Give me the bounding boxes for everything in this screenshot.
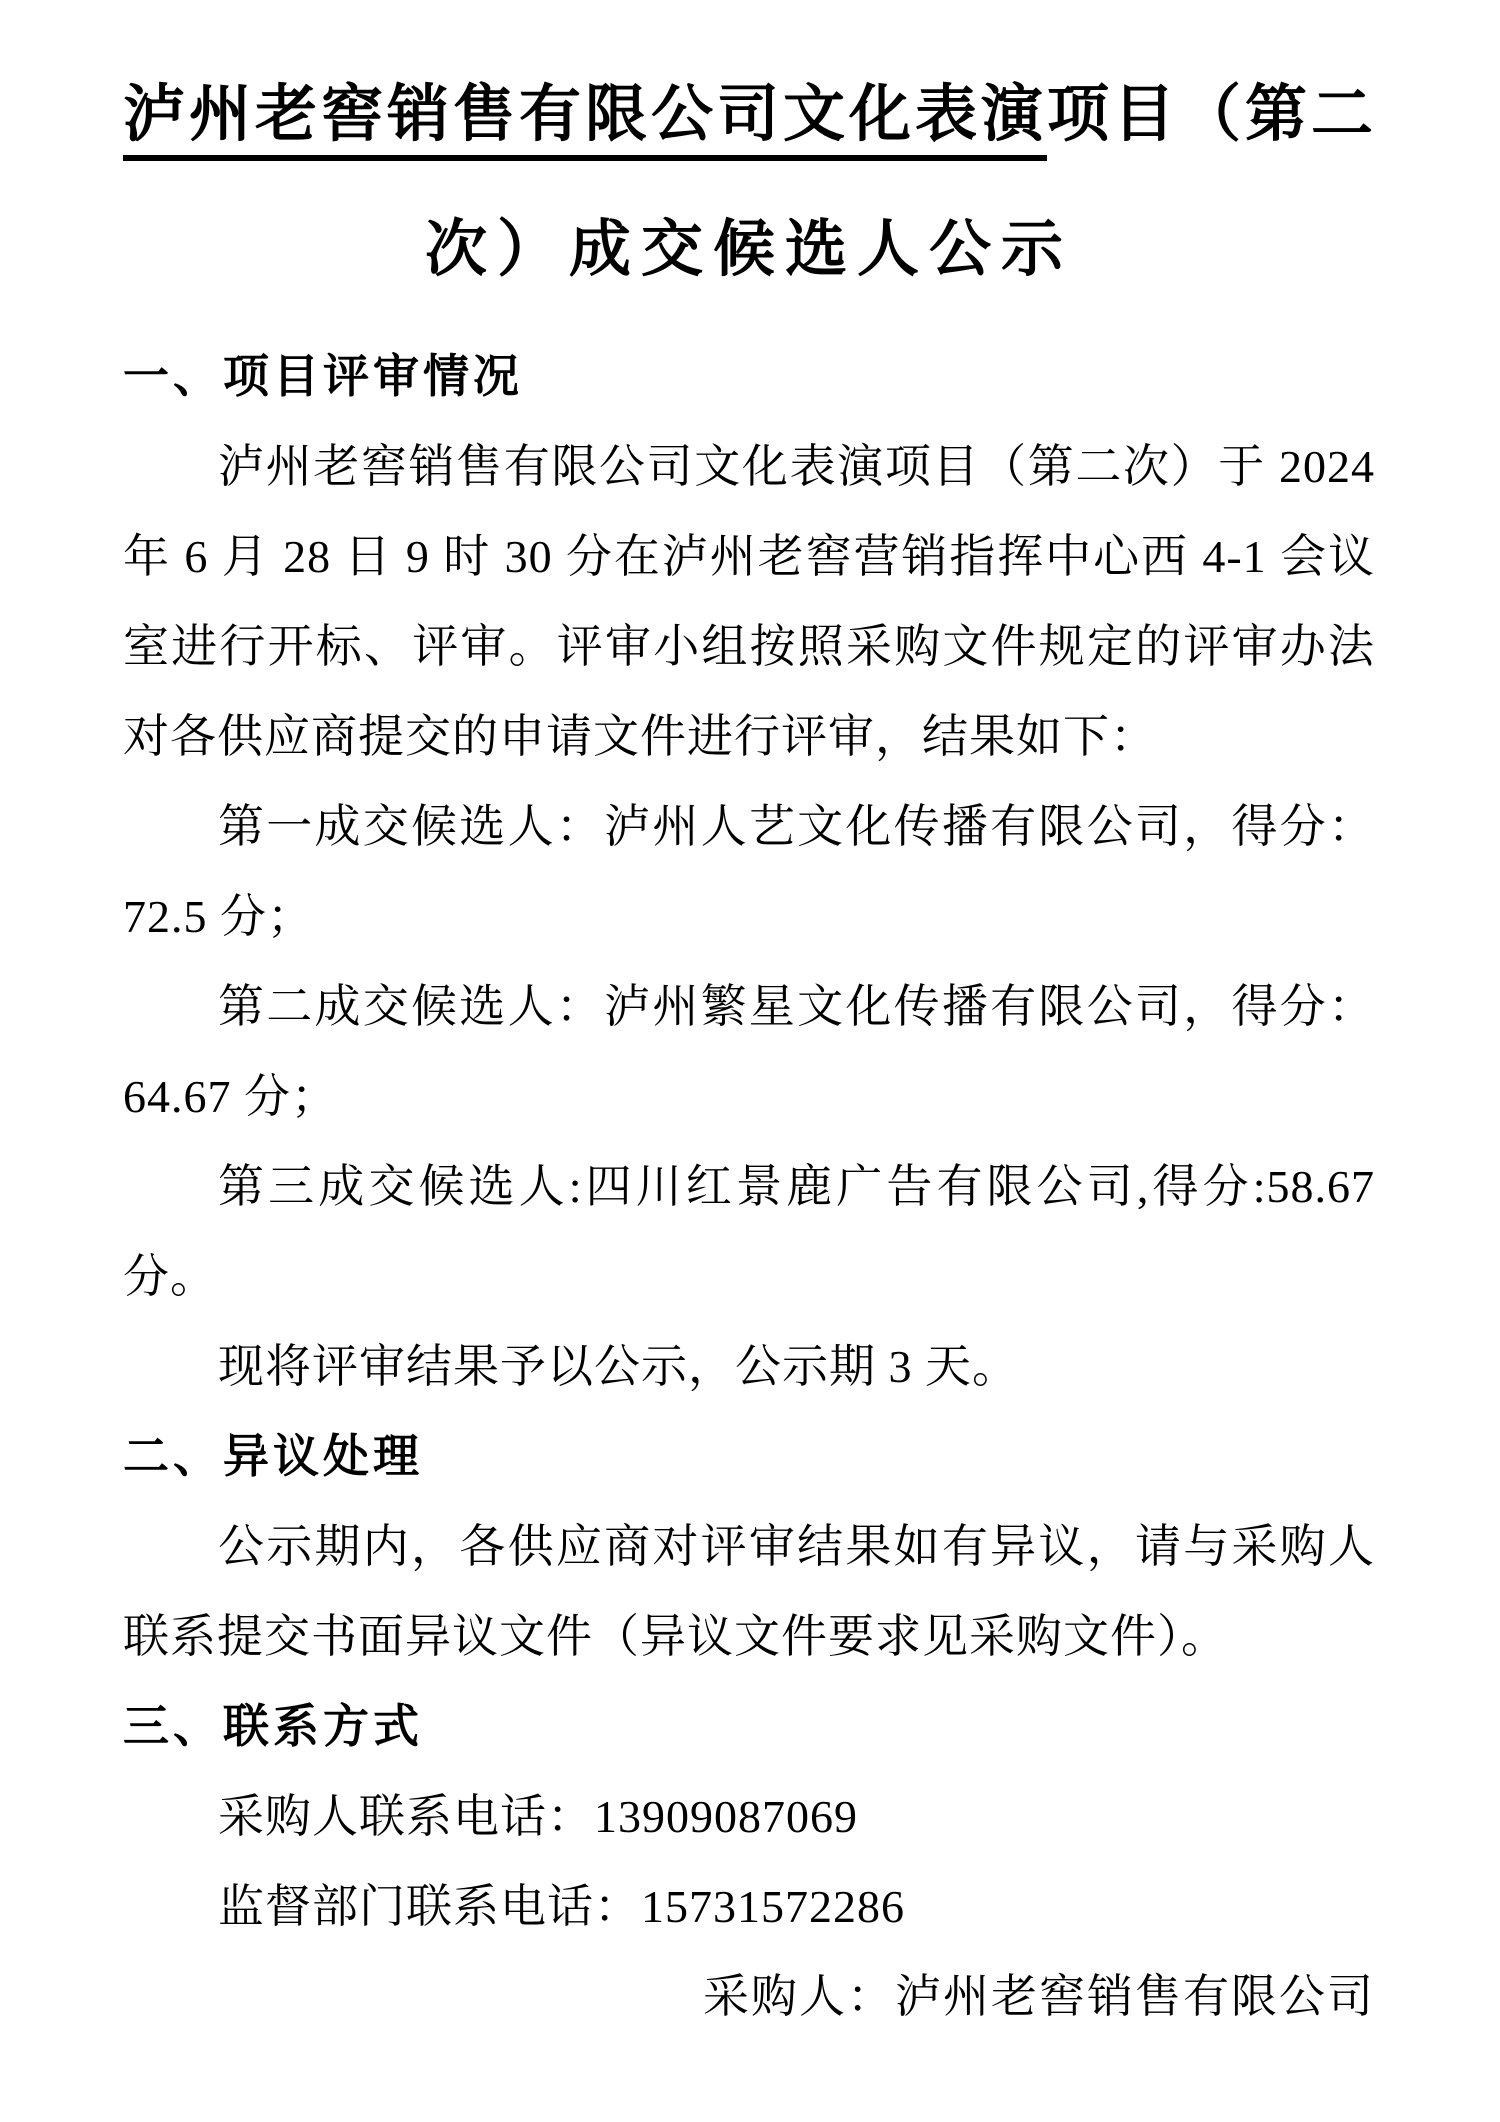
- text-line: 对各供应商提交的申请文件进行评审，结果如下：: [123, 692, 1375, 782]
- document-body: 一、项目评审情况 泸州老窖销售有限公司文化表演项目（第二次）于 2024 年 6…: [123, 332, 1375, 2042]
- text-line: 泸州老窖销售有限公司文化表演项目（第二次）于 2024: [123, 422, 1375, 512]
- publicity-period-line: 现将评审结果予以公示，公示期 3 天。: [123, 1322, 1375, 1412]
- title-line-1-rest: 项目（第二: [1047, 81, 1377, 149]
- document-page: 泸州老窖销售有限公司文化表演项目（第二 次）成交候选人公示 一、项目评审情况 泸…: [0, 0, 1500, 2122]
- purchaser-signature: 采购人：泸州老窖销售有限公司: [123, 1952, 1375, 2042]
- document-title: 泸州老窖销售有限公司文化表演项目（第二 次）成交候选人公示: [123, 60, 1375, 305]
- candidate-1-score: 72.5 分；: [123, 872, 1375, 962]
- candidate-3-score: 分。: [123, 1232, 1375, 1322]
- section-3-heading: 三、联系方式: [123, 1682, 1375, 1772]
- candidate-2-score: 64.67 分；: [123, 1052, 1375, 1142]
- text-line: 联系提交书面异议文件（异议文件要求见采购文件）。: [123, 1592, 1375, 1682]
- section-2-heading: 二、异议处理: [123, 1412, 1375, 1502]
- candidate-3-line: 第三成交候选人:四川红景鹿广告有限公司,得分:58.67: [123, 1142, 1375, 1232]
- text-line: 公示期内，各供应商对评审结果如有异议，请与采购人: [123, 1502, 1375, 1592]
- supervisor-phone-line: 监督部门联系电话：15731572286: [123, 1862, 1375, 1952]
- title-line-2: 次）成交候选人公示: [123, 195, 1375, 305]
- candidate-1-line: 第一成交候选人：泸州人艺文化传播有限公司，得分：: [123, 782, 1375, 872]
- candidate-2-line: 第二成交候选人：泸州繁星文化传播有限公司，得分：: [123, 962, 1375, 1052]
- title-line-1: 泸州老窖销售有限公司文化表演项目（第二: [123, 60, 1375, 170]
- title-underlined-text: 泸州老窖销售有限公司文化表演: [123, 81, 1047, 161]
- text-line: 年 6 月 28 日 9 时 30 分在泸州老窖营销指挥中心西 4-1 会议: [123, 512, 1375, 602]
- purchaser-phone-line: 采购人联系电话：13909087069: [123, 1772, 1375, 1862]
- section-1-heading: 一、项目评审情况: [123, 332, 1375, 422]
- text-line: 室进行开标、评审。评审小组按照采购文件规定的评审办法: [123, 602, 1375, 692]
